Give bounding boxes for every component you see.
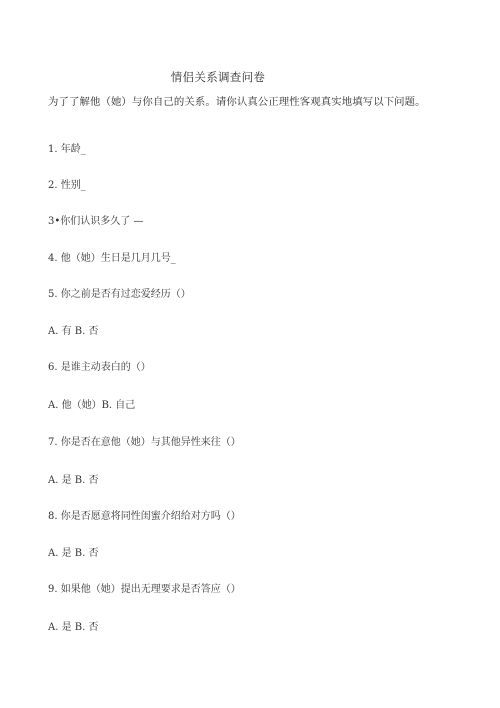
question-1-age: 1. 年龄_ <box>48 142 86 158</box>
question-7-options: A. 是 B. 否 <box>48 473 98 489</box>
question-8-options: A. 是 B. 否 <box>48 546 98 562</box>
question-2-gender: 2. 性别_ <box>48 178 86 194</box>
question-8-introduce-friends: 8. 你是否愿意将同性闺蜜介绍给对方吗（） <box>48 509 241 525</box>
question-5-prior-relationship: 5. 你之前是否有过恋爱经历（） <box>48 287 191 303</box>
question-4-birthday: 4. 他（她）生日是几月几号_ <box>48 251 176 267</box>
question-5-options: A. 有 B. 否 <box>48 324 98 340</box>
question-9-unreasonable-request: 9. 如果他（她）提出无理要求是否答应（） <box>48 582 241 598</box>
question-7-opposite-sex-contact: 7. 你是否在意他（她）与其他异性来往（） <box>48 435 241 451</box>
document-page: 情侣关系调查问卷 为了了解他（她）与你自己的关系。请你认真公正理性客观真实地填写… <box>0 0 500 708</box>
question-9-options: A. 是 B. 否 <box>48 620 98 636</box>
question-3-how-long-known: 3•你们认识多久了 — <box>48 214 143 230</box>
question-6-who-confessed: 6. 是谁主动表白的（） <box>48 360 151 376</box>
document-title: 情侣关系调查问卷 <box>0 68 436 86</box>
question-6-options: A. 他（她）B. 自己 <box>48 398 135 414</box>
document-intro: 为了了解他（她）与你自己的关系。请你认真公正理性客观真实地填写以下问题。 <box>48 94 426 110</box>
